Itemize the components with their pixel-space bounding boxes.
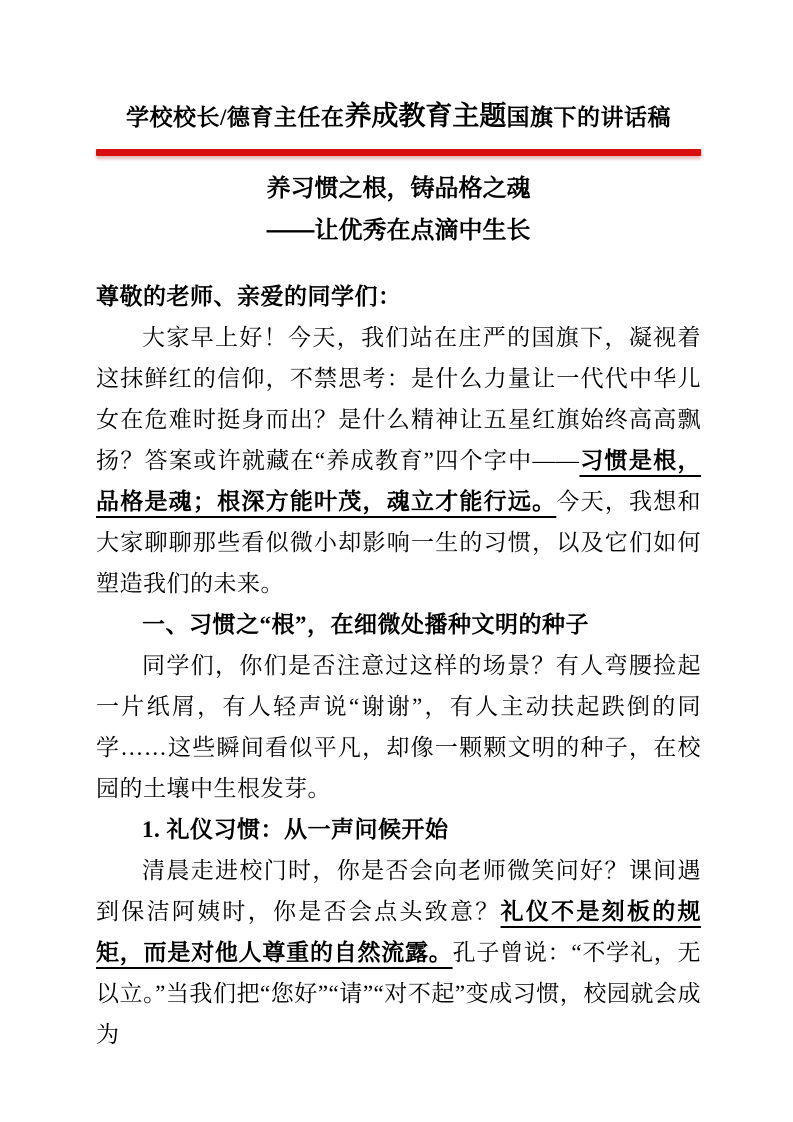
heading2: 1. 礼仪习惯：从一声问候开始 [96,809,701,850]
text-run: 一、习惯之“根”，在细微处播种文明的种子 [142,612,589,637]
text-run: 同学们，你们是否注意过这样的场景？有人弯腰捡起一片纸屑，有人轻声说“谢谢”，有人… [96,653,701,801]
red-divider [96,149,701,156]
title-prefix: 学校校长/德育主任在 [126,105,344,130]
greeting-line: 尊敬的老师、亲爱的同学们： [96,276,701,317]
text-run: 1. 礼仪习惯：从一声问候开始 [142,817,449,842]
body-blocks: 大家早上好！今天，我们站在庄严的国旗下，凝视着这抹鲜红的信仰，不禁思考：是什么力… [96,317,701,1055]
subtitle-line-1: 养习惯之根，铸品格之魂 [96,174,701,204]
paragraph: 同学们，你们是否注意过这样的场景？有人弯腰捡起一片纸屑，有人轻声说“谢谢”，有人… [96,645,701,809]
document-page: 学校校长/德育主任在养成教育主题国旗下的讲话稿 养习惯之根，铸品格之魂 ——让优… [0,0,793,1122]
subtitle-line-2: ——让优秀在点滴中生长 [96,216,701,246]
title-emphasis: 养成教育主题 [344,101,506,131]
heading1: 一、习惯之“根”，在细微处播种文明的种子 [96,604,701,645]
document-body: 尊敬的老师、亲爱的同学们： 大家早上好！今天，我们站在庄严的国旗下，凝视着这抹鲜… [96,276,701,1055]
paragraph: 大家早上好！今天，我们站在庄严的国旗下，凝视着这抹鲜红的信仰，不禁思考：是什么力… [96,317,701,604]
title-suffix: 国旗下的讲话稿 [506,105,671,130]
paragraph: 清晨走进校门时，你是否会向老师微笑问好？课间遇到保洁阿姨时，你是否会点头致意？礼… [96,850,701,1055]
document-title: 学校校长/德育主任在养成教育主题国旗下的讲话稿 [96,100,701,134]
